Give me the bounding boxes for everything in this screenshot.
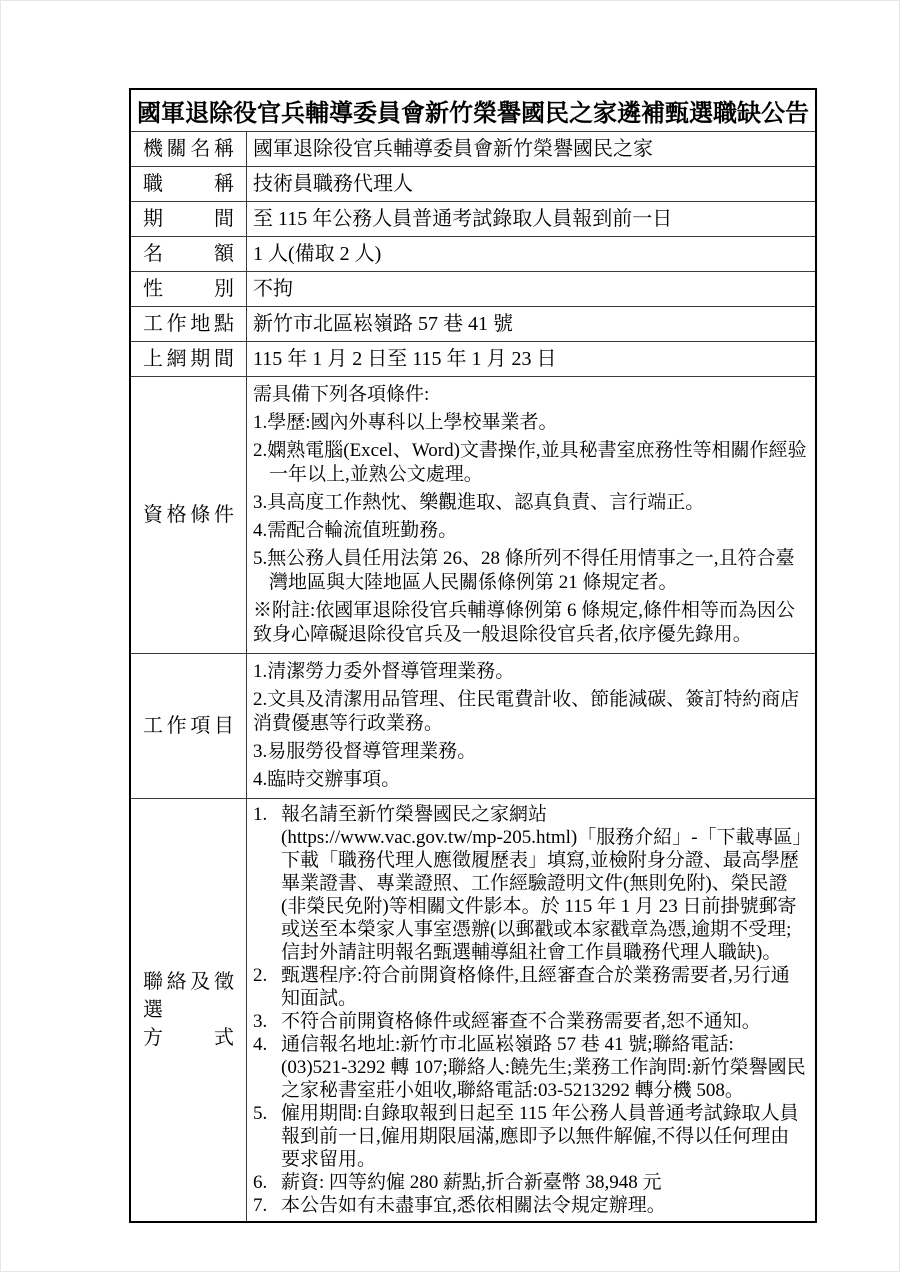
page-title: 國軍退除役官兵輔導委員會新竹榮譽國民之家遴補甄選職缺公告 [131, 93, 815, 128]
duty-item: 3.易服勞役督導管理業務。 [253, 740, 807, 764]
row-value-cell: 至 115 年公務人員普通考試錄取人員報到前一日 [247, 202, 815, 236]
contact-content: 1. 報名請至新竹榮譽國民之家網站 (https://www.vac.gov.t… [247, 799, 815, 1221]
row-value: 新竹市北區崧嶺路 57 巷 41 號 [253, 312, 513, 336]
duty-item: 2.文具及清潔用品管理、住民電費計收、節能減碳、簽訂特約商店消費優惠等行政業務。 [253, 688, 807, 736]
row-value: 至 115 年公務人員普通考試錄取人員報到前一日 [253, 207, 672, 231]
row-value-cell: 不拘 [247, 272, 815, 306]
qualifications-intro: 需具備下列各項條件: [253, 383, 807, 407]
title-row: 國軍退除役官兵輔導委員會新竹榮譽國民之家遴補甄選職缺公告 [131, 90, 815, 131]
table-row-job-title: 職稱 技術員職務代理人 [131, 166, 815, 201]
row-label: 機關名稱 [143, 135, 234, 163]
duties-content: 1.清潔勞力委外督導管理業務。 2.文具及清潔用品管理、住民電費計收、節能減碳、… [247, 654, 815, 798]
row-label-cell: 工作項目 [131, 654, 247, 798]
table-row-agency: 機關名稱 國軍退除役官兵輔導委員會新竹榮譽國民之家 [131, 131, 815, 166]
contact-item-number: 3. [253, 1010, 281, 1033]
contact-item-number: 1. [253, 803, 281, 826]
row-label-line2: 方式 [143, 1024, 234, 1052]
table-row-period: 期間 至 115 年公務人員普通考試錄取人員報到前一日 [131, 201, 815, 236]
contact-item-number: 5. [253, 1102, 281, 1125]
row-label: 名額 [143, 240, 234, 268]
qualification-item: 3.具高度工作熱忱、樂觀進取、認真負責、言行端正。 [253, 491, 807, 515]
row-value-cell: 技術員職務代理人 [247, 167, 815, 201]
row-label-cell: 上網期間 [131, 342, 247, 376]
row-value-cell: 新竹市北區崧嶺路 57 巷 41 號 [247, 307, 815, 341]
qualifications-note: ※附註:依國軍退除役官兵輔導條例第 6 條規定,條件相等而為因公致身心障礙退除役… [253, 599, 807, 647]
row-label-line1: 聯絡及徵選 [143, 968, 234, 1024]
qualification-item: 4.需配合輪流值班勤務。 [253, 519, 807, 543]
contact-item: 4. 通信報名地址:新竹市北區崧嶺路 57 巷 41 號;聯絡電話: (03)5… [253, 1033, 807, 1102]
row-label-cell: 期間 [131, 202, 247, 236]
row-label-cell: 聯絡及徵選 方式 [131, 799, 247, 1221]
row-value: 1 人(備取 2 人) [253, 242, 381, 266]
contact-row: 聯絡及徵選 方式 1. 報名請至新竹榮譽國民之家網站 (https://www.… [131, 798, 815, 1221]
contact-item: 7. 本公告如有未盡事宜,悉依相關法令規定辦理。 [253, 1194, 807, 1217]
row-label: 性別 [143, 275, 234, 303]
contact-item-text: 甄選程序:符合前開資格條件,且經審查合於業務需要者,另行通知面試。 [281, 964, 807, 1010]
contact-item-number: 7. [253, 1194, 281, 1217]
row-label: 工作地點 [143, 310, 234, 338]
row-label-cell: 名額 [131, 237, 247, 271]
contact-item-text: 通信報名地址:新竹市北區崧嶺路 57 巷 41 號;聯絡電話: (03)521-… [281, 1033, 807, 1102]
contact-item: 1. 報名請至新竹榮譽國民之家網站 (https://www.vac.gov.t… [253, 803, 807, 964]
row-label-cell: 性別 [131, 272, 247, 306]
duty-item: 4.臨時交辦事項。 [253, 768, 807, 792]
contact-item-text: 不符合前開資格條件或經審查不合業務需要者,恕不通知。 [281, 1010, 807, 1033]
contact-item-text: 薪資: 四等約僱 280 薪點,折合新臺幣 38,948 元 [281, 1171, 807, 1194]
row-label: 期間 [143, 205, 234, 233]
contact-item: 2. 甄選程序:符合前開資格條件,且經審查合於業務需要者,另行通知面試。 [253, 964, 807, 1010]
qualifications-content: 需具備下列各項條件: 1.學歷:國內外專科以上學校畢業者。 2.嫻熟電腦(Exc… [247, 377, 815, 653]
contact-item-number: 2. [253, 964, 281, 987]
qualification-item: 5.無公務人員任用法第 26、28 條所列不得任用情事之一,且符合臺灣地區與大陸… [253, 547, 807, 595]
row-value: 不拘 [253, 277, 293, 301]
table-row-quota: 名額 1 人(備取 2 人) [131, 236, 815, 271]
contact-item-text: 僱用期間:自錄取報到日起至 115 年公務人員普通考試錄取人員報到前一日,僱用期… [281, 1102, 807, 1171]
row-label-cell: 工作地點 [131, 307, 247, 341]
row-value-cell: 115 年 1 月 2 日至 115 年 1 月 23 日 [247, 342, 815, 376]
contact-item-number: 6. [253, 1171, 281, 1194]
contact-item: 5. 僱用期間:自錄取報到日起至 115 年公務人員普通考試錄取人員報到前一日,… [253, 1102, 807, 1171]
row-value: 115 年 1 月 2 日至 115 年 1 月 23 日 [253, 347, 557, 371]
contact-item: 6. 薪資: 四等約僱 280 薪點,折合新臺幣 38,948 元 [253, 1171, 807, 1194]
qualifications-row: 資格條件 需具備下列各項條件: 1.學歷:國內外專科以上學校畢業者。 2.嫻熟電… [131, 376, 815, 653]
qualification-item: 2.嫻熟電腦(Excel、Word)文書操作,並具秘書室庶務性等相關作經验一年以… [253, 439, 807, 487]
row-label: 職稱 [143, 170, 234, 198]
row-label: 上網期間 [143, 345, 234, 373]
duty-item: 1.清潔勞力委外督導管理業務。 [253, 660, 807, 684]
table-row-gender: 性別 不拘 [131, 271, 815, 306]
row-value-cell: 1 人(備取 2 人) [247, 237, 815, 271]
table-row-posting-period: 上網期間 115 年 1 月 2 日至 115 年 1 月 23 日 [131, 341, 815, 376]
contact-item-text: 本公告如有未盡事宜,悉依相關法令規定辦理。 [281, 1194, 807, 1217]
contact-item-text: 報名請至新竹榮譽國民之家網站 (https://www.vac.gov.tw/m… [281, 803, 807, 964]
qualification-item: 1.學歷:國內外專科以上學校畢業者。 [253, 411, 807, 435]
row-label: 資格條件 [143, 501, 234, 529]
contact-item-number: 4. [253, 1033, 281, 1056]
row-value: 國軍退除役官兵輔導委員會新竹榮譽國民之家 [253, 137, 653, 161]
row-value: 技術員職務代理人 [253, 172, 413, 196]
table-row-work-location: 工作地點 新竹市北區崧嶺路 57 巷 41 號 [131, 306, 815, 341]
row-label: 工作項目 [143, 712, 234, 740]
row-value-cell: 國軍退除役官兵輔導委員會新竹榮譽國民之家 [247, 132, 815, 166]
contact-item: 3. 不符合前開資格條件或經審查不合業務需要者,恕不通知。 [253, 1010, 807, 1033]
row-label-cell: 職稱 [131, 167, 247, 201]
announcement-table: 國軍退除役官兵輔導委員會新竹榮譽國民之家遴補甄選職缺公告 機關名稱 國軍退除役官… [129, 88, 817, 1223]
row-label-cell: 機關名稱 [131, 132, 247, 166]
row-label-cell: 資格條件 [131, 377, 247, 653]
duties-row: 工作項目 1.清潔勞力委外督導管理業務。 2.文具及清潔用品管理、住民電費計收、… [131, 653, 815, 798]
document-page: 國軍退除役官兵輔導委員會新竹榮譽國民之家遴補甄選職缺公告 機關名稱 國軍退除役官… [0, 0, 900, 1272]
